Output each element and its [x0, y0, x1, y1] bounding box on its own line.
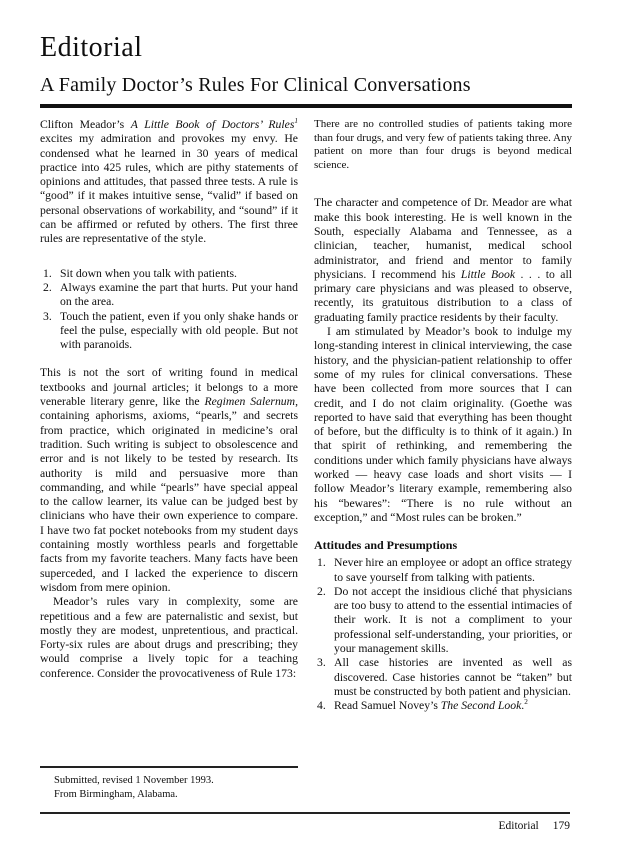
rule-text: Touch the patient, even if you only shak… [60, 310, 298, 353]
rule-number: 4. [314, 699, 334, 713]
rule-text: All case histories are invented as well … [334, 656, 572, 699]
rule-text: Do not accept the insidious cliché that … [334, 585, 572, 656]
numbered-rule-item: 3. All case histories are invented as we… [314, 656, 572, 699]
rule-number: 3. [40, 310, 60, 353]
footer-text: Editorial179 [40, 819, 570, 833]
article-header: Editorial A Family Doctor’s Rules For Cl… [40, 34, 572, 108]
rule-number: 1. [40, 267, 60, 281]
left-column: Clifton Meador’s A Little Book of Doctor… [40, 118, 298, 681]
rule-number: 1. [314, 556, 334, 585]
paragraph-character: The character and competence of Dr. Mead… [314, 196, 572, 325]
document-page: Editorial A Family Doctor’s Rules For Cl… [0, 0, 620, 864]
author-footnote: Submitted, revised 1 November 1993. From… [40, 766, 298, 801]
footer-page-number: 179 [553, 820, 570, 832]
numbered-rule-item: 1. Sit down when you talk with patients. [40, 267, 298, 281]
editorial-kicker: Editorial [40, 34, 572, 62]
section-heading-attitudes: Attitudes and Presumptions [314, 537, 572, 553]
footnote-line-submitted: Submitted, revised 1 November 1993. [54, 774, 298, 788]
numbered-rule-item: 3. Touch the patient, even if you only s… [40, 310, 298, 353]
rule-text: Never hire an employee or adopt an offic… [334, 556, 572, 585]
right-column: There are no controlled studies of patie… [314, 118, 572, 725]
footnote-line-from: From Birmingham, Alabama. [54, 788, 298, 802]
rule-text: Sit down when you talk with patients. [60, 267, 298, 281]
rule-text: Read Samuel Novey’s The Second Look.2 [334, 699, 572, 713]
footnote-rule [40, 766, 298, 768]
right-rules-list: 1. Never hire an employee or adopt an of… [314, 556, 572, 713]
paragraph-genre: This is not the sort of writing found in… [40, 366, 298, 595]
rule-number: 3. [314, 656, 334, 699]
rule-number: 2. [314, 585, 334, 656]
paragraph-complexity: Meador’s rules vary in complexity, some … [40, 595, 298, 681]
rule-text: Always examine the part that hurts. Put … [60, 281, 298, 310]
rule-173-quote: There are no controlled studies of patie… [314, 118, 572, 172]
page-footer: Editorial179 [40, 812, 570, 833]
numbered-rule-item: 1. Never hire an employee or adopt an of… [314, 556, 572, 585]
footnote-text: Submitted, revised 1 November 1993. From… [40, 774, 298, 801]
paragraph-stimulated: I am stimulated by Meador’s book to indu… [314, 325, 572, 525]
footer-rule [40, 812, 570, 814]
footer-section-label: Editorial [499, 820, 539, 832]
numbered-rule-item: 2. Do not accept the insidious cliché th… [314, 585, 572, 656]
paragraph-intro: Clifton Meador’s A Little Book of Doctor… [40, 118, 298, 247]
numbered-rule-item: 2. Always examine the part that hurts. P… [40, 281, 298, 310]
left-rules-list: 1. Sit down when you talk with patients.… [40, 267, 298, 353]
header-rule [40, 104, 572, 108]
rule-number: 2. [40, 281, 60, 310]
numbered-rule-item: 4. Read Samuel Novey’s The Second Look.2 [314, 699, 572, 713]
two-column-body: Clifton Meador’s A Little Book of Doctor… [40, 118, 572, 725]
article-title: A Family Doctor’s Rules For Clinical Con… [40, 75, 572, 95]
